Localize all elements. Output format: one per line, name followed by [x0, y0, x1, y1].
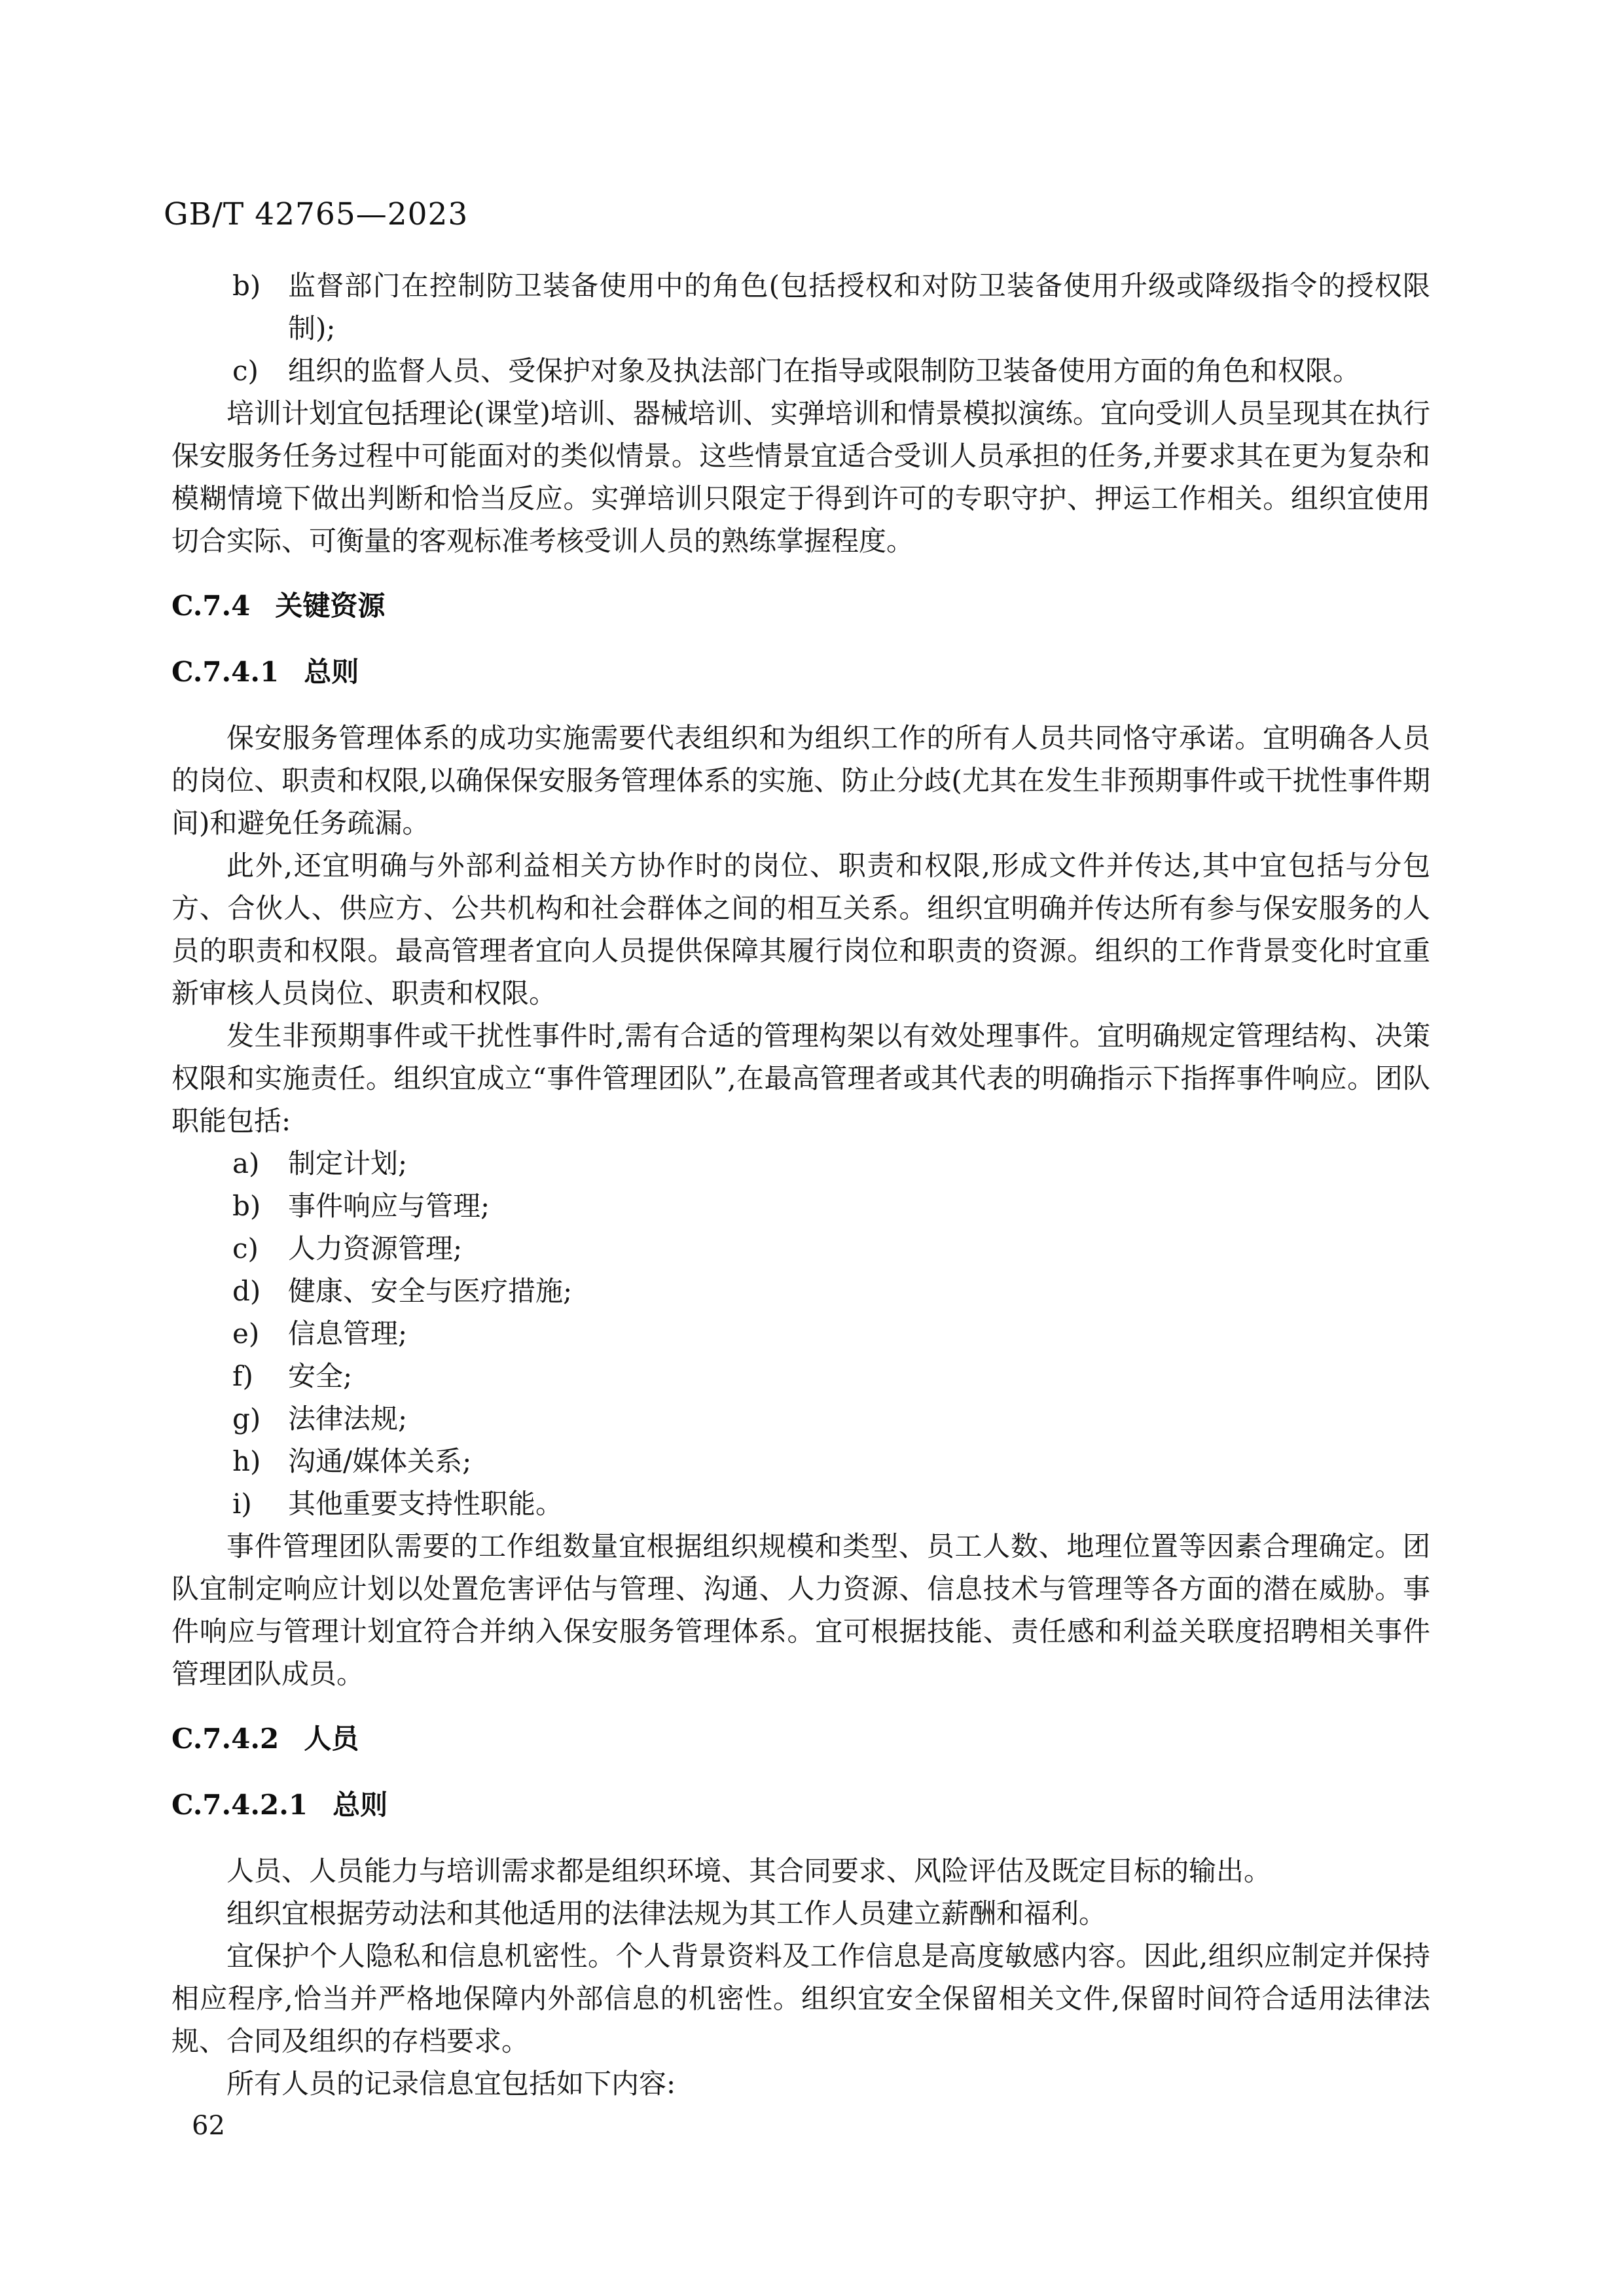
list-item-label: e): [232, 1312, 259, 1355]
list-item-b: b) 监督部门在控制防卫装备使用中的角色(包括授权和对防卫装备使用升级或降级指令…: [171, 264, 1430, 350]
clause-title: 人员: [304, 1723, 359, 1755]
document-page: GB/T 42765—2023 b) 监督部门在控制防卫装备使用中的角色(包括授…: [0, 0, 1624, 2296]
list-item-text: 组织的监督人员、受保护对象及执法部门在指导或限制防卫装备使用方面的角色和权限。: [288, 355, 1360, 387]
clause-title: 总则: [333, 1789, 388, 1821]
list-item-text: 人力资源管理;: [288, 1232, 462, 1265]
list-item-label: d): [232, 1270, 261, 1312]
list-item-b2: b) 事件响应与管理;: [171, 1185, 1430, 1227]
clause-number: C.7.4.2: [171, 1723, 279, 1755]
paragraph-personnel-output: 人员、人员能力与培训需求都是组织环境、其合同要求、风险评估及既定目标的输出。: [171, 1850, 1430, 1892]
clause-number: C.7.4.2.1: [171, 1789, 308, 1821]
paragraph-external-parties: 此外,还宜明确与外部利益相关方协作时的岗位、职责和权限,形成文件并传达,其中宜包…: [171, 844, 1430, 1014]
heading-c741: C.7.4.1总则: [171, 651, 1430, 693]
list-item-a: a) 制定计划;: [171, 1142, 1430, 1185]
paragraph-commitment: 保安服务管理体系的成功实施需要代表组织和为组织工作的所有人员共同恪守承诺。宜明确…: [171, 717, 1430, 844]
list-item-label: c): [232, 350, 259, 392]
list-item-text: 制定计划;: [288, 1147, 407, 1179]
clause-number: C.7.4: [171, 590, 250, 622]
list-item-label: g): [232, 1397, 261, 1440]
list-item-e: e) 信息管理;: [171, 1312, 1430, 1355]
paragraph-workgroups: 事件管理团队需要的工作组数量宜根据组织规模和类型、员工人数、地理位置等因素合理确…: [171, 1525, 1430, 1695]
paragraph-privacy: 宜保护个人隐私和信息机密性。个人背景资料及工作信息是高度敏感内容。因此,组织应制…: [171, 1935, 1430, 2062]
list-item-label: f): [232, 1355, 253, 1397]
list-item-label: h): [232, 1440, 261, 1482]
document-body: b) 监督部门在控制防卫装备使用中的角色(包括授权和对防卫装备使用升级或降级指令…: [171, 264, 1430, 2105]
list-item-label: b): [232, 264, 261, 307]
list-item-label: b): [232, 1185, 261, 1227]
list-item-i: i) 其他重要支持性职能。: [171, 1482, 1430, 1525]
list-item-text: 其他重要支持性职能。: [288, 1488, 563, 1520]
list-item-text: 法律法规;: [288, 1403, 407, 1435]
paragraph-labor-law: 组织宜根据劳动法和其他适用的法律法规为其工作人员建立薪酬和福利。: [171, 1892, 1430, 1935]
heading-c742: C.7.4.2人员: [171, 1717, 1430, 1760]
list-item-text: 监督部门在控制防卫装备使用中的角色(包括授权和对防卫装备使用升级或降级指令的授权…: [288, 270, 1430, 344]
list-item-text: 信息管理;: [288, 1318, 407, 1350]
clause-title: 总则: [304, 656, 359, 688]
list-item-c: c) 组织的监督人员、受保护对象及执法部门在指导或限制防卫装备使用方面的角色和权…: [171, 350, 1430, 392]
heading-c7421: C.7.4.2.1总则: [171, 1784, 1430, 1826]
paragraph-incident-team-intro: 发生非预期事件或干扰性事件时,需有合适的管理构架以有效处理事件。宜明确规定管理结…: [171, 1014, 1430, 1142]
list-item-f: f) 安全;: [171, 1355, 1430, 1397]
list-item-c2: c) 人力资源管理;: [171, 1227, 1430, 1270]
list-item-label: c): [232, 1227, 259, 1270]
clause-number: C.7.4.1: [171, 656, 279, 688]
page-number: 62: [192, 2109, 225, 2143]
standard-number-header: GB/T 42765—2023: [164, 196, 468, 232]
list-item-d: d) 健康、安全与医疗措施;: [171, 1270, 1430, 1312]
list-item-h: h) 沟通/媒体关系;: [171, 1440, 1430, 1482]
list-item-label: i): [232, 1482, 252, 1525]
heading-c74: C.7.4关键资源: [171, 584, 1430, 627]
list-item-text: 事件响应与管理;: [288, 1190, 490, 1222]
list-item-g: g) 法律法规;: [171, 1397, 1430, 1440]
list-item-text: 健康、安全与医疗措施;: [288, 1275, 572, 1307]
clause-title: 关键资源: [275, 590, 385, 622]
list-item-text: 沟通/媒体关系;: [288, 1445, 471, 1477]
paragraph-records-intro: 所有人员的记录信息宜包括如下内容:: [171, 2062, 1430, 2105]
list-item-text: 安全;: [288, 1360, 352, 1392]
list-item-label: a): [232, 1142, 259, 1185]
paragraph-training-plan: 培训计划宜包括理论(课堂)培训、器械培训、实弹培训和情景模拟演练。宜向受训人员呈…: [171, 392, 1430, 562]
